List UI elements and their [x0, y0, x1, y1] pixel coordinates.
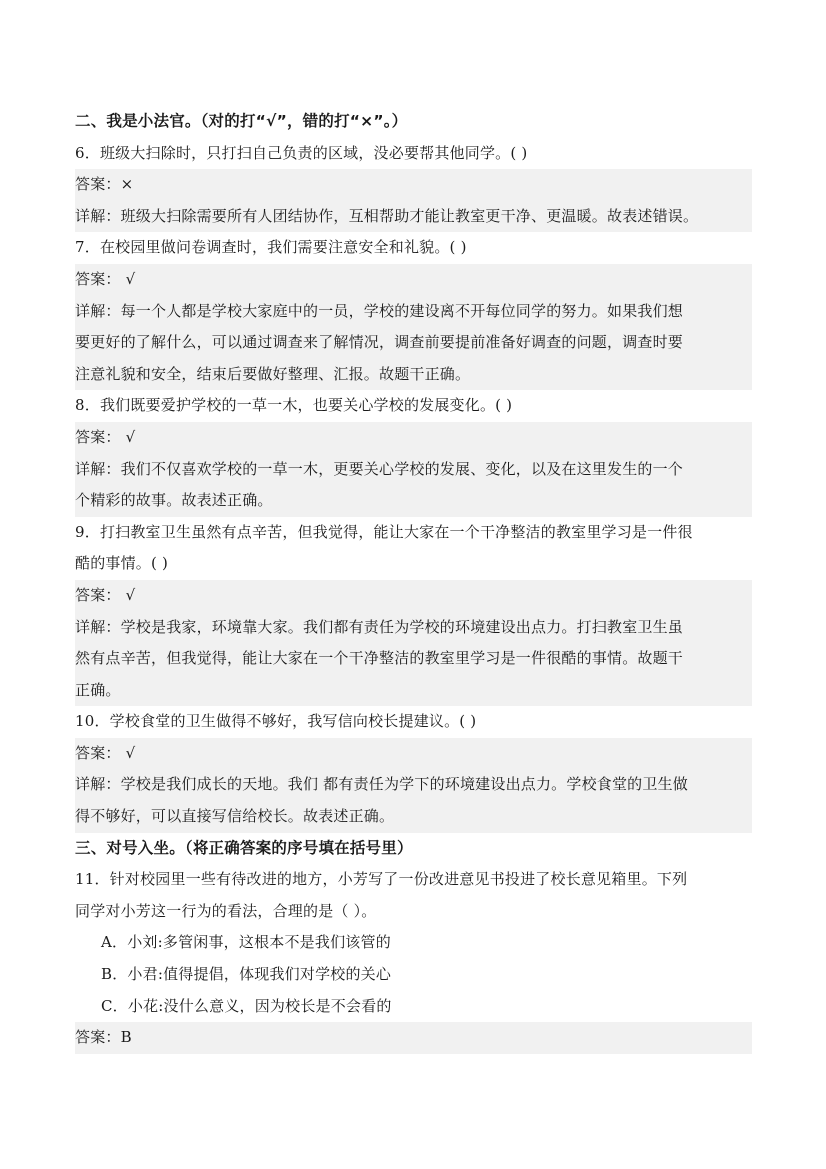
explanation-text: 要更好的了解什么，可以通过调查来了解情况，调查前要提前准备好调查的问题，调查时要: [75, 327, 752, 359]
answer-block: 答案： √ 详解：学校是我家，环境靠大家。我们都有责任为学校的环境建设出点力。打…: [75, 580, 752, 706]
explanation-text: 注意礼貌和安全，结束后要做好整理、汇报。故题干正确。: [75, 359, 752, 391]
explanation-text: 得不够好，可以直接写信给校长。故表述正确。: [75, 801, 752, 833]
explanation-text: 详解：学校是我们成长的天地。我们 都有责任为学下的环境建设出点力。学校食堂的卫生…: [75, 769, 752, 801]
answer-text: 答案： √: [75, 580, 752, 612]
option-a: A．小刘:多管闲事，这根本不是我们该管的: [75, 927, 752, 959]
explanation-text: 正确。: [75, 675, 752, 707]
answer-text: 答案： √: [75, 738, 752, 770]
answer-text: 答案：B: [75, 1022, 752, 1054]
answer-block: 答案： √ 详解：学校是我们成长的天地。我们 都有责任为学下的环境建设出点力。学…: [75, 738, 752, 833]
question-text: 同学对小芳这一行为的看法，合理的是（ ）。: [75, 896, 752, 928]
question-6: 6．班级大扫除时，只打扫自己负责的区域，没必要帮其他同学。( ) 答案：× 详解…: [75, 138, 752, 233]
question-text: 6．班级大扫除时，只打扫自己负责的区域，没必要帮其他同学。( ): [75, 138, 752, 170]
question-9: 9．打扫教室卫生虽然有点辛苦，但我觉得，能让大家在一个干净整洁的教室里学习是一件…: [75, 517, 752, 707]
answer-text: 答案： √: [75, 264, 752, 296]
question-10: 10．学校食堂的卫生做得不够好，我写信向校长提建议。( ) 答案： √ 详解：学…: [75, 706, 752, 832]
section-heading-judge: 二、我是小法官。（对的打“√”，错的打“×”。）: [75, 106, 752, 138]
explanation-text: 然有点辛苦，但我觉得，能让大家在一个干净整洁的教室里学习是一件很酷的事情。故题干: [75, 643, 752, 675]
explanation-text: 详解：学校是我家，环境靠大家。我们都有责任为学校的环境建设出点力。打扫教室卫生虽: [75, 612, 752, 644]
answer-block: 答案：× 详解：班级大扫除需要所有人团结协作，互相帮助才能让教室更干净、更温暖。…: [75, 169, 752, 232]
answer-block: 答案： √ 详解：每一个人都是学校大家庭中的一员，学校的建设离不开每位同学的努力…: [75, 264, 752, 390]
question-text: 10．学校食堂的卫生做得不够好，我写信向校长提建议。( ): [75, 706, 752, 738]
document-page: 二、我是小法官。（对的打“√”，错的打“×”。） 6．班级大扫除时，只打扫自己负…: [75, 106, 752, 1054]
option-c: C．小花:没什么意义，因为校长是不会看的: [75, 991, 752, 1023]
question-text: 11．针对校园里一些有待改进的地方，小芳写了一份改进意见书投进了校长意见箱里。下…: [75, 864, 752, 896]
question-text: 酷的事情。( ): [75, 548, 752, 580]
question-text: 7．在校园里做问卷调查时，我们需要注意安全和礼貌。( ): [75, 232, 752, 264]
answer-text: 答案： √: [75, 422, 752, 454]
explanation-text: 详解：我们不仅喜欢学校的一草一木，更要关心学校的发展、变化，以及在这里发生的一个: [75, 454, 752, 486]
question-text: 8．我们既要爱护学校的一草一木，也要关心学校的发展变化。( ): [75, 390, 752, 422]
question-7: 7．在校园里做问卷调查时，我们需要注意安全和礼貌。( ) 答案： √ 详解：每一…: [75, 232, 752, 390]
question-11: 11．针对校园里一些有待改进的地方，小芳写了一份改进意见书投进了校长意见箱里。下…: [75, 864, 752, 1054]
section-heading-match: 三、对号入坐。（将正确答案的序号填在括号里）: [75, 833, 752, 865]
explanation-text: 详解：每一个人都是学校大家庭中的一员，学校的建设离不开每位同学的努力。如果我们想: [75, 296, 752, 328]
answer-text: 答案：×: [75, 169, 752, 201]
option-b: B．小君:值得提倡，体现我们对学校的关心: [75, 959, 752, 991]
answer-block: 答案：B: [75, 1022, 752, 1054]
answer-block: 答案： √ 详解：我们不仅喜欢学校的一草一木，更要关心学校的发展、变化，以及在这…: [75, 422, 752, 517]
question-8: 8．我们既要爱护学校的一草一木，也要关心学校的发展变化。( ) 答案： √ 详解…: [75, 390, 752, 516]
explanation-text: 个精彩的故事。故表述正确。: [75, 485, 752, 517]
explanation-text: 详解：班级大扫除需要所有人团结协作，互相帮助才能让教室更干净、更温暖。故表述错误…: [75, 201, 752, 233]
question-text: 9．打扫教室卫生虽然有点辛苦，但我觉得，能让大家在一个干净整洁的教室里学习是一件…: [75, 517, 752, 549]
